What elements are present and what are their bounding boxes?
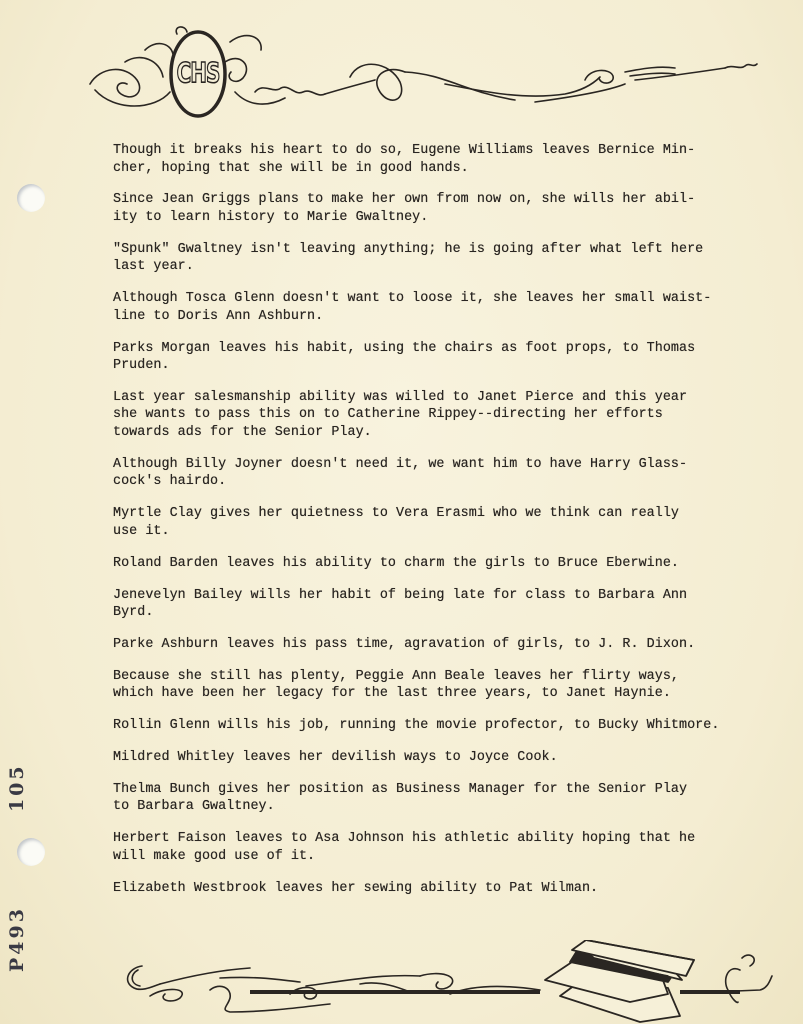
- will-entry: "Spunk" Gwaltney isn't leaving anything;…: [113, 241, 728, 276]
- header-flourish-ornament: CHS: [85, 22, 765, 122]
- will-entry: Parks Morgan leaves his habit, using the…: [113, 340, 728, 375]
- will-entry: Myrtle Clay gives her quietness to Vera …: [113, 505, 728, 540]
- page-number: 105: [6, 763, 28, 812]
- punch-hole-top: [17, 184, 45, 212]
- footer-books-ornament: [120, 940, 790, 1024]
- yearbook-page: CHS P493105 Though it breaks his heart t…: [0, 0, 803, 1024]
- will-entry: Thelma Bunch gives her position as Busin…: [113, 781, 728, 816]
- will-entry: Although Tosca Glenn doesn't want to loo…: [113, 290, 728, 325]
- catalog-number: P493: [6, 906, 28, 972]
- will-entry: Although Billy Joyner doesn't need it, w…: [113, 456, 728, 491]
- will-entry: Jenevelyn Bailey wills her habit of bein…: [113, 587, 728, 622]
- will-entry: Elizabeth Westbrook leaves her sewing ab…: [113, 880, 728, 898]
- will-entry: Parke Ashburn leaves his pass time, agra…: [113, 636, 728, 654]
- will-entry: Though it breaks his heart to do so, Eug…: [113, 142, 728, 177]
- will-entry: Because she still has plenty, Peggie Ann…: [113, 668, 728, 703]
- class-will-text: Though it breaks his heart to do so, Eug…: [113, 142, 728, 912]
- chs-monogram: CHS: [177, 56, 220, 89]
- will-entry: Roland Barden leaves his ability to char…: [113, 555, 728, 573]
- will-entry: Last year salesmanship ability was wille…: [113, 389, 728, 442]
- will-entry: Herbert Faison leaves to Asa Johnson his…: [113, 830, 728, 865]
- will-entry: Mildred Whitley leaves her devilish ways…: [113, 749, 728, 767]
- will-entry: Rollin Glenn wills his job, running the …: [113, 717, 728, 735]
- catalog-side-label: P493105: [6, 763, 28, 972]
- will-entry: Since Jean Griggs plans to make her own …: [113, 191, 728, 226]
